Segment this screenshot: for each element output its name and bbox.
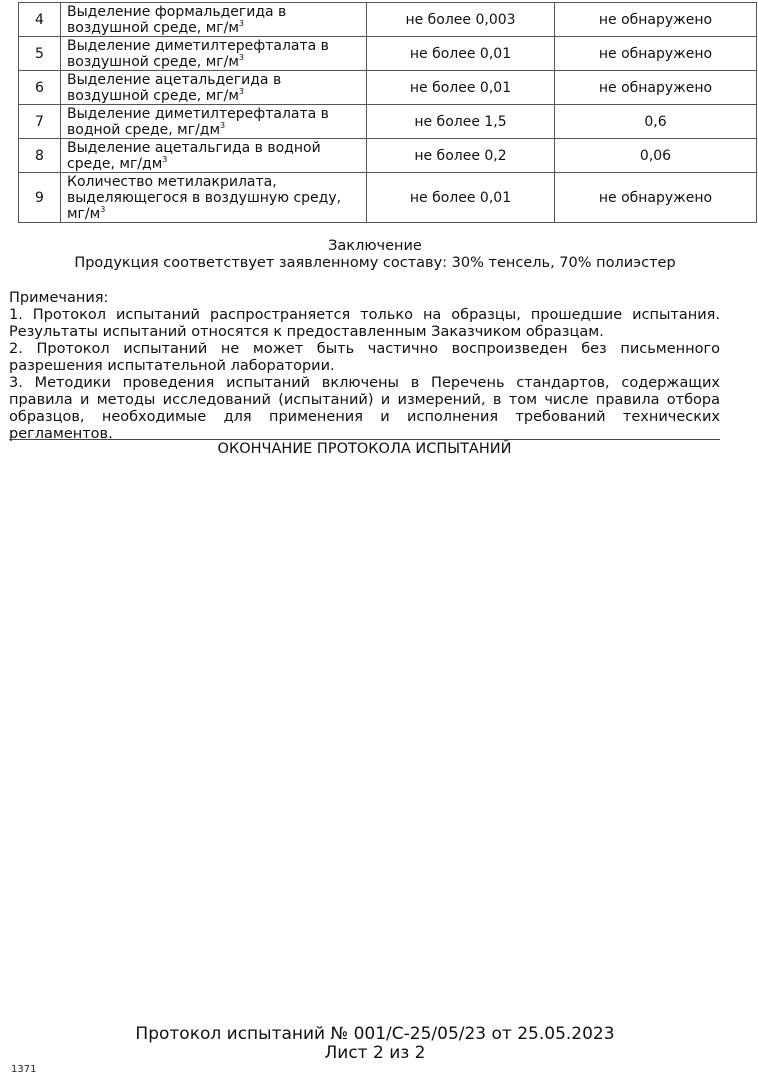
indicator-name: Выделение ацетальгида в водной среде, мг… bbox=[61, 139, 367, 173]
row-number: 6 bbox=[19, 71, 61, 105]
table-row: 9 Количество метилакрилата, выделяющегос… bbox=[19, 173, 757, 223]
indicator-name: Выделение диметилтерефталата в водной ср… bbox=[61, 105, 367, 139]
result-value: не обнаружено bbox=[555, 3, 757, 37]
note-item: 2. Протокол испытаний не может быть част… bbox=[9, 341, 720, 375]
page-footer: Протокол испытаний № 001/С-25/05/23 от 2… bbox=[0, 1025, 750, 1063]
divider bbox=[9, 439, 720, 440]
norm-value: не более 0,01 bbox=[367, 37, 555, 71]
row-number: 5 bbox=[19, 37, 61, 71]
row-number: 7 bbox=[19, 105, 61, 139]
conclusion-heading: Заключение bbox=[0, 238, 750, 255]
results-table: 4 Выделение формальдегида в воздушной ср… bbox=[18, 2, 757, 223]
norm-value: не более 0,2 bbox=[367, 139, 555, 173]
page-code: 1371 bbox=[11, 1064, 36, 1076]
footer-sheet-number: Лист 2 из 2 bbox=[0, 1044, 750, 1063]
indicator-name: Выделение формальдегида в воздушной сред… bbox=[61, 3, 367, 37]
result-value: не обнаружено bbox=[555, 173, 757, 223]
result-value: 0,6 bbox=[555, 105, 757, 139]
result-value: не обнаружено bbox=[555, 37, 757, 71]
indicator-name: Количество метилакрилата, выделяющегося … bbox=[61, 173, 367, 223]
table-row: 6 Выделение ацетальдегида в воздушной ср… bbox=[19, 71, 757, 105]
note-item: 1. Протокол испытаний распространяется т… bbox=[9, 307, 720, 341]
row-number: 9 bbox=[19, 173, 61, 223]
result-value: не обнаружено bbox=[555, 71, 757, 105]
conclusion-text: Продукция соответствует заявленному сост… bbox=[0, 255, 750, 272]
row-number: 4 bbox=[19, 3, 61, 37]
table-row: 7 Выделение диметилтерефталата в водной … bbox=[19, 105, 757, 139]
row-number: 8 bbox=[19, 139, 61, 173]
notes-section: Примечания: 1. Протокол испытаний распро… bbox=[9, 290, 720, 443]
norm-value: не более 0,01 bbox=[367, 71, 555, 105]
table-row: 5 Выделение диметилтерефталата в воздушн… bbox=[19, 37, 757, 71]
result-value: 0,06 bbox=[555, 139, 757, 173]
footer-protocol-number: Протокол испытаний № 001/С-25/05/23 от 2… bbox=[0, 1025, 750, 1044]
end-of-protocol-title: ОКОНЧАНИЕ ПРОТОКОЛА ИСПЫТАНИЙ bbox=[9, 441, 720, 458]
table-row: 4 Выделение формальдегида в воздушной ср… bbox=[19, 3, 757, 37]
conclusion-section: Заключение Продукция соответствует заявл… bbox=[0, 238, 750, 272]
norm-value: не более 0,003 bbox=[367, 3, 555, 37]
norm-value: не более 0,01 bbox=[367, 173, 555, 223]
norm-value: не более 1,5 bbox=[367, 105, 555, 139]
indicator-name: Выделение диметилтерефталата в воздушной… bbox=[61, 37, 367, 71]
note-item: 3. Методики проведения испытаний включен… bbox=[9, 375, 720, 443]
notes-heading: Примечания: bbox=[9, 290, 720, 307]
indicator-name: Выделение ацетальдегида в воздушной сред… bbox=[61, 71, 367, 105]
table-row: 8 Выделение ацетальгида в водной среде, … bbox=[19, 139, 757, 173]
